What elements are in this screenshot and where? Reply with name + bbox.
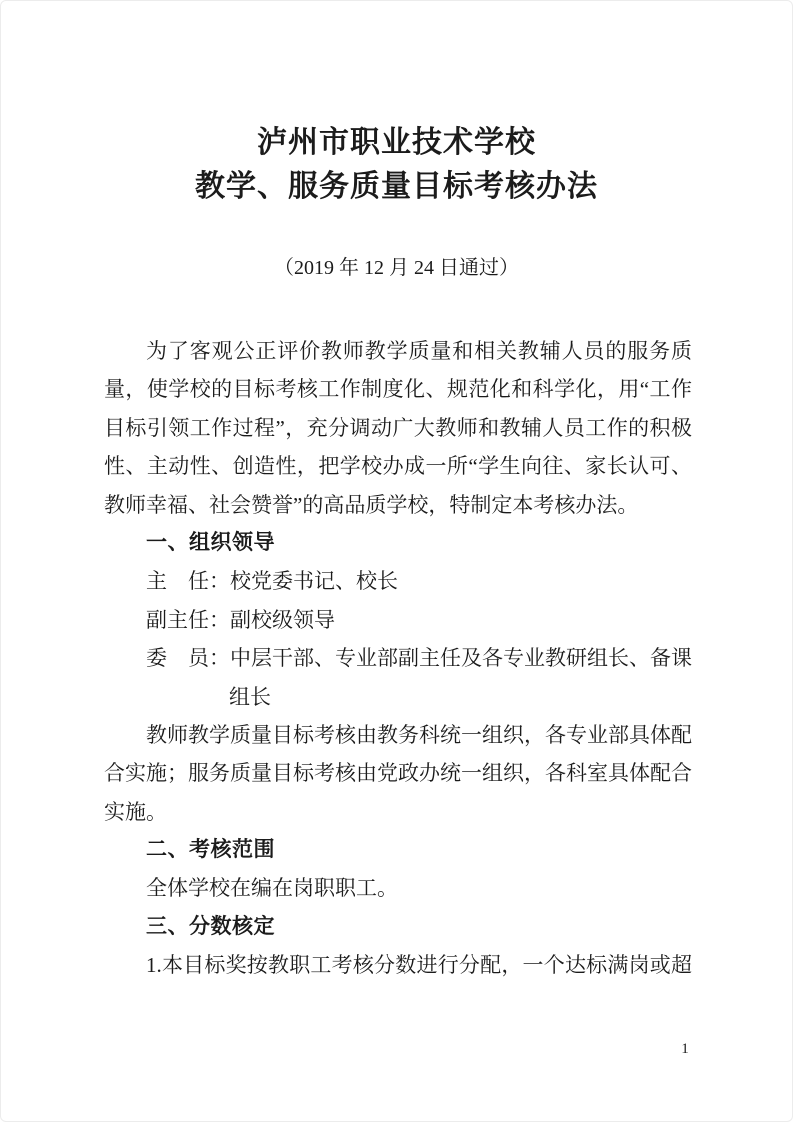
text-line: 量，使学校的目标考核工作制度化、规范化和科学化，用“工作: [104, 370, 692, 408]
document-title-line2: 教学、服务质量目标考核办法: [1, 165, 792, 209]
page-number: 1: [673, 1039, 697, 1059]
text-line: 教师教学质量目标考核由教务科统一组织，各专业部具体配: [104, 716, 692, 754]
text-line: 性、主动性、创造性，把学校办成一所“学生向往、家长认可、: [104, 447, 692, 485]
text-line: 委 员：中层干部、专业部副主任及各专业教研组长、备课: [104, 639, 692, 677]
document-title-line1: 泸州市职业技术学校: [1, 121, 792, 165]
text-line: 组长: [104, 678, 692, 716]
document-title: 泸州市职业技术学校 教学、服务质量目标考核办法: [1, 121, 792, 209]
text-line: 合实施；服务质量目标考核由党政办统一组织，各科室具体配合: [104, 754, 692, 792]
section-heading: 一、组织领导: [104, 524, 692, 562]
date-line: （2019 年 12 月 24 日通过）: [1, 253, 792, 283]
document-page: 泸州市职业技术学校 教学、服务质量目标考核办法 （2019 年 12 月 24 …: [0, 0, 793, 1122]
section-heading: 三、分数核定: [104, 908, 692, 946]
text-line: 1.本目标奖按教职工考核分数进行分配，一个达标满岗或超: [104, 946, 692, 984]
text-line: 主 任：校党委书记、校长: [104, 562, 692, 600]
text-line: 副主任：副校级领导: [104, 601, 692, 639]
section-heading: 二、考核范围: [104, 831, 692, 869]
body-text: 为了客观公正评价教师教学质量和相关教辅人员的服务质量，使学校的目标考核工作制度化…: [104, 332, 692, 985]
text-line: 实施。: [104, 793, 692, 831]
text-line: 目标引领工作过程”，充分调动广大教师和教辅人员工作的积极: [104, 409, 692, 447]
text-line: 全体学校在编在岗职职工。: [104, 869, 692, 907]
text-line: 教师幸福、社会赞誉”的高品质学校，特制定本考核办法。: [104, 486, 692, 524]
text-line: 为了客观公正评价教师教学质量和相关教辅人员的服务质: [104, 332, 692, 370]
